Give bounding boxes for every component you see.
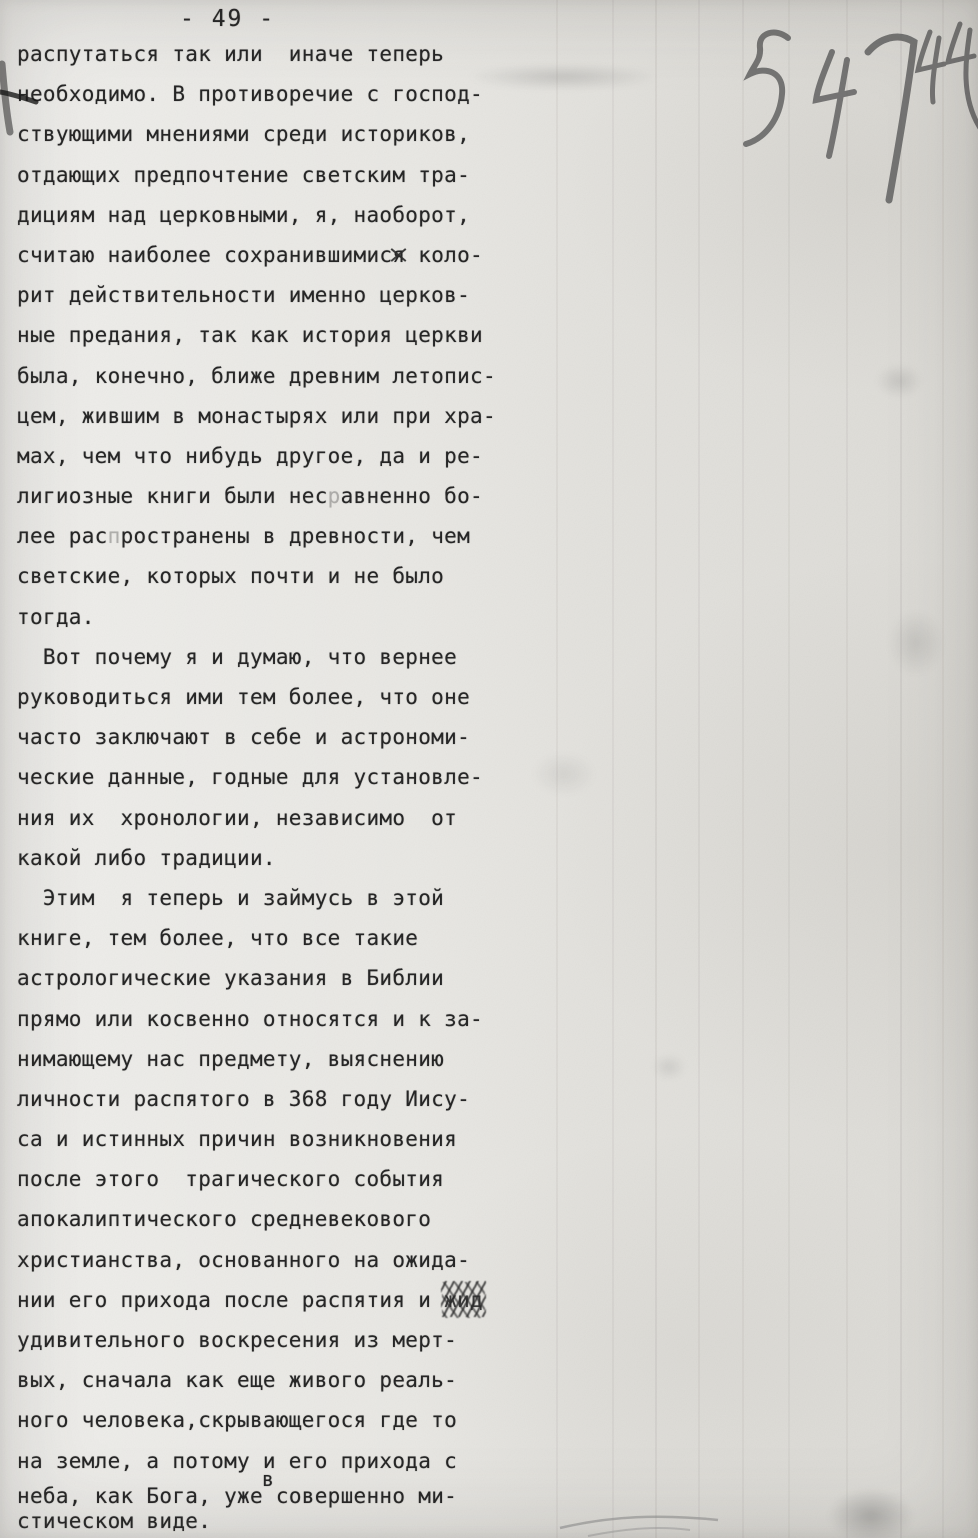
- text-line: апокалиптического средневекового: [17, 1199, 577, 1239]
- typewritten-text: руководиться ими тем более, что оне: [17, 685, 470, 709]
- text-line: астрологические указания в Библии: [17, 958, 577, 998]
- text-line: дициям над церковными, я, наоборот,: [17, 195, 577, 235]
- typewritten-text: совершенно ми-: [276, 1484, 457, 1508]
- text-line: необходимо. В противоречие с господ-: [17, 74, 577, 114]
- text-line: была, конечно, ближе древним летопис-: [17, 356, 577, 396]
- typewritten-text: ствующими мнениями среди историков,: [17, 122, 470, 146]
- fold-line: [698, 0, 700, 1538]
- handwritten-number: [732, 4, 978, 218]
- digit-4-stem: [829, 60, 847, 156]
- typewritten-text: удивительного воскресения из мерт-: [17, 1328, 457, 1352]
- text-line: мах, чем что нибудь другое, да и ре-: [17, 436, 577, 476]
- typewritten-text: книге, тем более, что все такие: [17, 926, 418, 950]
- typewritten-text: рит действительности именно церков-: [17, 283, 470, 307]
- text-line: удивительного воскресения из мерт-: [17, 1320, 577, 1360]
- typewritten-text: лее рас: [17, 524, 108, 548]
- typewritten-text: считаю наиболее сохранившимис: [17, 243, 392, 267]
- typewritten-text: стическом виде.: [17, 1509, 211, 1533]
- left-edge-mark: [2, 64, 10, 132]
- page-number: - 49 -: [180, 6, 275, 32]
- digit-4-small2-stem: [966, 30, 978, 128]
- text-line: ного человека,скрывающегося где то: [17, 1400, 577, 1440]
- faded-letter: р: [328, 484, 341, 508]
- ink-smudge: [828, 1488, 914, 1538]
- text-line: христианства, основанного на ожида-: [17, 1240, 577, 1280]
- digit-4-small-stem: [932, 38, 939, 102]
- text-line: прямо или косвенно относятся и к за-: [17, 999, 577, 1039]
- text-line: Вот почему я и думаю, что вернее: [17, 637, 577, 677]
- typewritten-text: ческие данные, годные для установле-: [17, 765, 483, 789]
- handwritten-number-text: 5 47 44: [0, 0, 1, 1]
- typewritten-text: после этого трагического события: [17, 1167, 444, 1191]
- digit-7: [868, 37, 914, 200]
- scribbled-word: жид: [444, 1280, 483, 1320]
- text-line: Этим я теперь и займусь в этой: [17, 878, 577, 918]
- text-line: лее распространены в древности, чем: [17, 516, 577, 556]
- text-line: ческие данные, годные для установле-: [17, 757, 577, 797]
- text-line: на земле, а потому и его прихода с: [17, 1441, 577, 1481]
- text-line: са и истинных причин возникновения: [17, 1119, 577, 1159]
- typewritten-text: авненно бо-: [341, 484, 483, 508]
- fold-line: [942, 0, 944, 1538]
- faded-letter: п: [108, 524, 121, 548]
- text-line: распутаться так или иначе теперь: [17, 34, 577, 74]
- typewritten-text: светские, которых почти и не было: [17, 564, 444, 588]
- fold-line: [742, 0, 744, 1538]
- text-line: часто заключают в себе и астрономи-: [17, 717, 577, 757]
- text-line: рит действительности именно церков-: [17, 275, 577, 315]
- typewritten-text: часто заключают в себе и астрономи-: [17, 725, 470, 749]
- typewritten-text: тогда.: [17, 605, 95, 629]
- text-line: ствующими мнениями среди историков,: [17, 114, 577, 154]
- text-line: считаю наиболее сохранившимися коло-: [17, 235, 577, 275]
- text-line: нимающему нас предмету, выяснению: [17, 1039, 577, 1079]
- typewritten-text: ные предания, так как история церкви: [17, 323, 483, 347]
- typewritten-text: распутаться так или иначе теперь: [17, 42, 444, 66]
- typewritten-text: необходимо. В противоречие с господ-: [17, 82, 483, 106]
- typewritten-text: цем, жившим в монастырях или при хра-: [17, 404, 496, 428]
- typewritten-text: ного человека,скрывающегося где то: [17, 1408, 457, 1432]
- typewritten-text: ния их хронологии, независимо от: [17, 806, 457, 830]
- typewritten-text: прямо или косвенно относятся и к за-: [17, 1007, 483, 1031]
- typewritten-text: какой либо традиции.: [17, 846, 276, 870]
- typewritten-text: дициям над церковными, я, наоборот,: [17, 203, 470, 227]
- fold-line: [788, 0, 790, 1538]
- struck-letter: я: [392, 235, 405, 275]
- stain: [652, 1054, 686, 1080]
- stain: [876, 364, 922, 398]
- text-line: вых, сначала как еще живого реаль-: [17, 1360, 577, 1400]
- typewritten-text: апокалиптического средневекового: [17, 1207, 431, 1231]
- typewritten-text: Вот почему я и думаю, что вернее: [17, 645, 457, 669]
- typewritten-text: личности распятого в 368 году Иису-: [17, 1087, 470, 1111]
- text-line: цем, жившим в монастырях или при хра-: [17, 396, 577, 436]
- digit-4: [816, 52, 854, 100]
- typewritten-text: Этим я теперь и займусь в этой: [17, 886, 444, 910]
- text-line: ния их хронологии, независимо от: [17, 798, 577, 838]
- text-line: после этого трагического события: [17, 1159, 577, 1199]
- typewritten-text: христианства, основанного на ожида-: [17, 1248, 470, 1272]
- fold-line: [655, 0, 657, 1538]
- typewritten-text: нимающему нас предмету, выяснению: [17, 1047, 444, 1071]
- stain: [888, 610, 944, 676]
- digit-4-small2: [948, 24, 974, 62]
- typewritten-text: была, конечно, ближе древним летопис-: [17, 364, 496, 388]
- text-line: лигиозные книги были несравненно бо-: [17, 476, 577, 516]
- fold-line: [612, 0, 614, 1538]
- fold-line: [846, 0, 848, 1538]
- text-line: какой либо традиции.: [17, 838, 577, 878]
- text-line: нии его прихода после распятия и жид: [17, 1280, 577, 1320]
- bottom-pencil-squiggle: [560, 1517, 718, 1528]
- typewritten-text: лигиозные книги были нес: [17, 484, 328, 508]
- text-line: ные предания, так как история церкви: [17, 315, 577, 355]
- digit-4-small: [918, 32, 944, 70]
- typewritten-text: на земле, а потому и его прихода с: [17, 1449, 457, 1473]
- typewritten-text: вых, сначала как еще живого реаль-: [17, 1368, 457, 1392]
- text-line: светские, которых почти и не было: [17, 556, 577, 596]
- text-line: отдающих предпочтение светским тра-: [17, 155, 577, 195]
- digit-5: [746, 33, 788, 144]
- fold-line: [900, 0, 902, 1538]
- bottom-pencil-squiggle2: [588, 1528, 690, 1536]
- text-line: книге, тем более, что все такие: [17, 918, 577, 958]
- page-text: распутаться так или иначе теперьнеобходи…: [17, 34, 577, 1538]
- text-line: тогда.: [17, 597, 577, 637]
- typewritten-text: астрологические указания в Библии: [17, 966, 444, 990]
- scanned-typescript-page: { "page": { "header": "- 49 -", "handwri…: [0, 0, 978, 1538]
- typewritten-text: са и истинных причин возникновения: [17, 1127, 457, 1151]
- typewritten-text: коло-: [405, 243, 483, 267]
- typewritten-text: отдающих предпочтение светским тра-: [17, 163, 470, 187]
- typewritten-text: нии его прихода после распятия и: [17, 1288, 444, 1312]
- text-line: руководиться ими тем более, что оне: [17, 677, 577, 717]
- typewritten-text: ространены в древности, чем: [121, 524, 470, 548]
- typewritten-text: мах, чем что нибудь другое, да и ре-: [17, 444, 483, 468]
- text-line: личности распятого в 368 году Иису-: [17, 1079, 577, 1119]
